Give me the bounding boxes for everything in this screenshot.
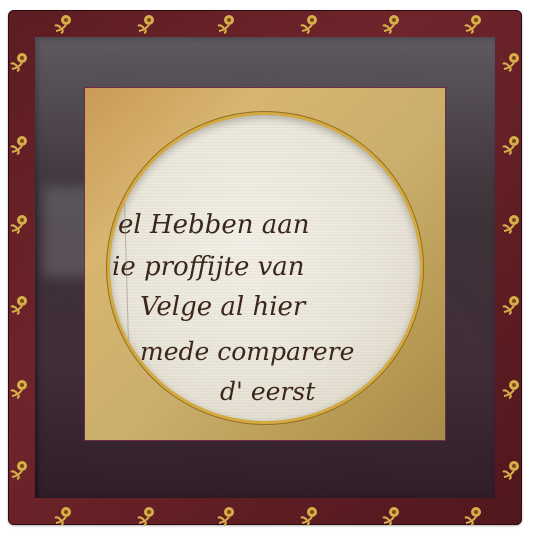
gilt-flower-icon bbox=[462, 504, 484, 526]
manuscript-line: mede comparere bbox=[140, 337, 354, 366]
gilt-flower-icon bbox=[500, 50, 522, 72]
gilt-flower-icon bbox=[215, 12, 237, 34]
gilt-flower-icon bbox=[298, 12, 320, 34]
gilt-flower-icon bbox=[380, 504, 402, 526]
gilt-flower-icon bbox=[500, 458, 522, 480]
gilt-flower-icon bbox=[135, 504, 157, 526]
laid-paper-texture bbox=[110, 115, 420, 421]
gilt-flower-icon bbox=[298, 504, 320, 526]
manuscript-line: el Hebben aan bbox=[118, 210, 309, 240]
gilt-flower-icon bbox=[500, 133, 522, 155]
gilt-flower-icon bbox=[215, 504, 237, 526]
manuscript-line: ie proffijte van bbox=[112, 252, 305, 282]
gilt-flower-icon bbox=[462, 12, 484, 34]
gilt-flower-icon bbox=[500, 377, 522, 399]
gilt-flower-icon bbox=[8, 133, 30, 155]
gilt-flower-icon bbox=[8, 377, 30, 399]
gilt-flower-icon bbox=[500, 212, 522, 234]
gilt-flower-icon bbox=[135, 12, 157, 34]
gilt-flower-icon bbox=[8, 293, 30, 315]
gilt-flower-icon bbox=[8, 212, 30, 234]
circular-window: el Hebben aan ie proffijte van Velge al … bbox=[110, 115, 420, 421]
manuscript-line: Velge al hier bbox=[140, 292, 307, 322]
gilt-flower-icon bbox=[500, 293, 522, 315]
gilt-flower-icon bbox=[8, 458, 30, 480]
glass-reflection-spot bbox=[43, 187, 98, 277]
handwritten-text: el Hebben aan ie proffijte van Velge al … bbox=[110, 115, 420, 421]
gilt-flower-icon bbox=[52, 12, 74, 34]
manuscript-line: d' eerst bbox=[220, 377, 316, 406]
leather-frame: el Hebben aan ie proffijte van Velge al … bbox=[8, 10, 522, 525]
gilt-flower-icon bbox=[8, 50, 30, 72]
gilt-flower-icon bbox=[52, 504, 74, 526]
velvet-inner-border: el Hebben aan ie proffijte van Velge al … bbox=[35, 37, 495, 498]
gilt-flower-icon bbox=[380, 12, 402, 34]
glass-reflection bbox=[35, 37, 495, 498]
gold-mat: el Hebben aan ie proffijte van Velge al … bbox=[85, 88, 445, 440]
